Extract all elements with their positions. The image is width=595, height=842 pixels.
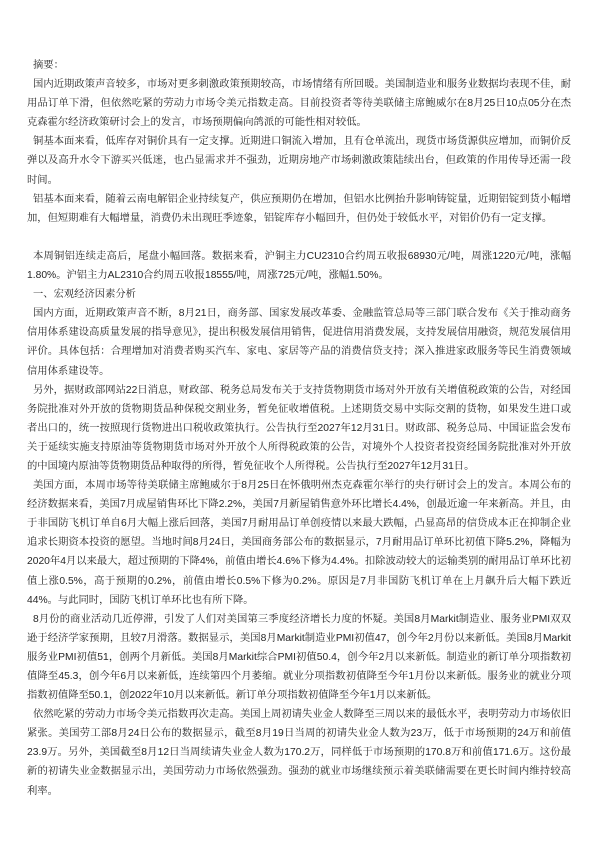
summary-heading: 摘要：	[27, 56, 571, 75]
paragraph-macro-us-pmi: 8月份的商业活动几近停滞，引发了人们对美国第三季度经济增长力度的怀疑。美国8月M…	[27, 610, 571, 705]
blank-line	[27, 228, 571, 247]
paragraph-week-review: 本周铜铝连续走高后，尾盘小幅回落。数据来看，沪铜主力CU2310合约周五收报68…	[27, 247, 571, 285]
document-body: 摘要： 国内近期政策声音较多，市场对更多刺激政策预期较高，市场情绪有所回暖。美国…	[27, 56, 571, 801]
paragraph-macro-us-data: 美国方面，本周市场等待美联储主席鲍威尔于8月25日在怀俄明州杰克森霍尔举行的央行…	[27, 476, 571, 610]
paragraph-summary-2: 铜基本面来看，低库存对铜价具有一定支撑。近期进口铜流入增加，且有仓单流出，现货市…	[27, 132, 571, 189]
paragraph-summary-1: 国内近期政策声音较多，市场对更多刺激政策预期较高，市场情绪有所回暖。美国制造业和…	[27, 75, 571, 132]
section1-heading: 一、宏观经济因素分析	[27, 285, 571, 304]
document-page: 摘要： 国内近期政策声音较多，市场对更多刺激政策预期较高，市场情绪有所回暖。美国…	[0, 0, 595, 842]
paragraph-summary-3: 铝基本面来看，随着云南电解铝企业持续复产，供应预期仍在增加，但铝水比例抬升影响铸…	[27, 190, 571, 228]
paragraph-macro-domestic: 国内方面，近期政策声音不断，8月21日，商务部、国家发展改革委、金融监管总局等三…	[27, 304, 571, 380]
paragraph-macro-fiscal: 另外，据财政部网站22日消息，财政部、税务总局发布关于支持货物期货市场对外开放有…	[27, 381, 571, 476]
paragraph-macro-us-labor: 依然吃紧的劳动力市场令美元指数再次走高。美国上周初请失业金人数降至三周以来的最低…	[27, 705, 571, 800]
